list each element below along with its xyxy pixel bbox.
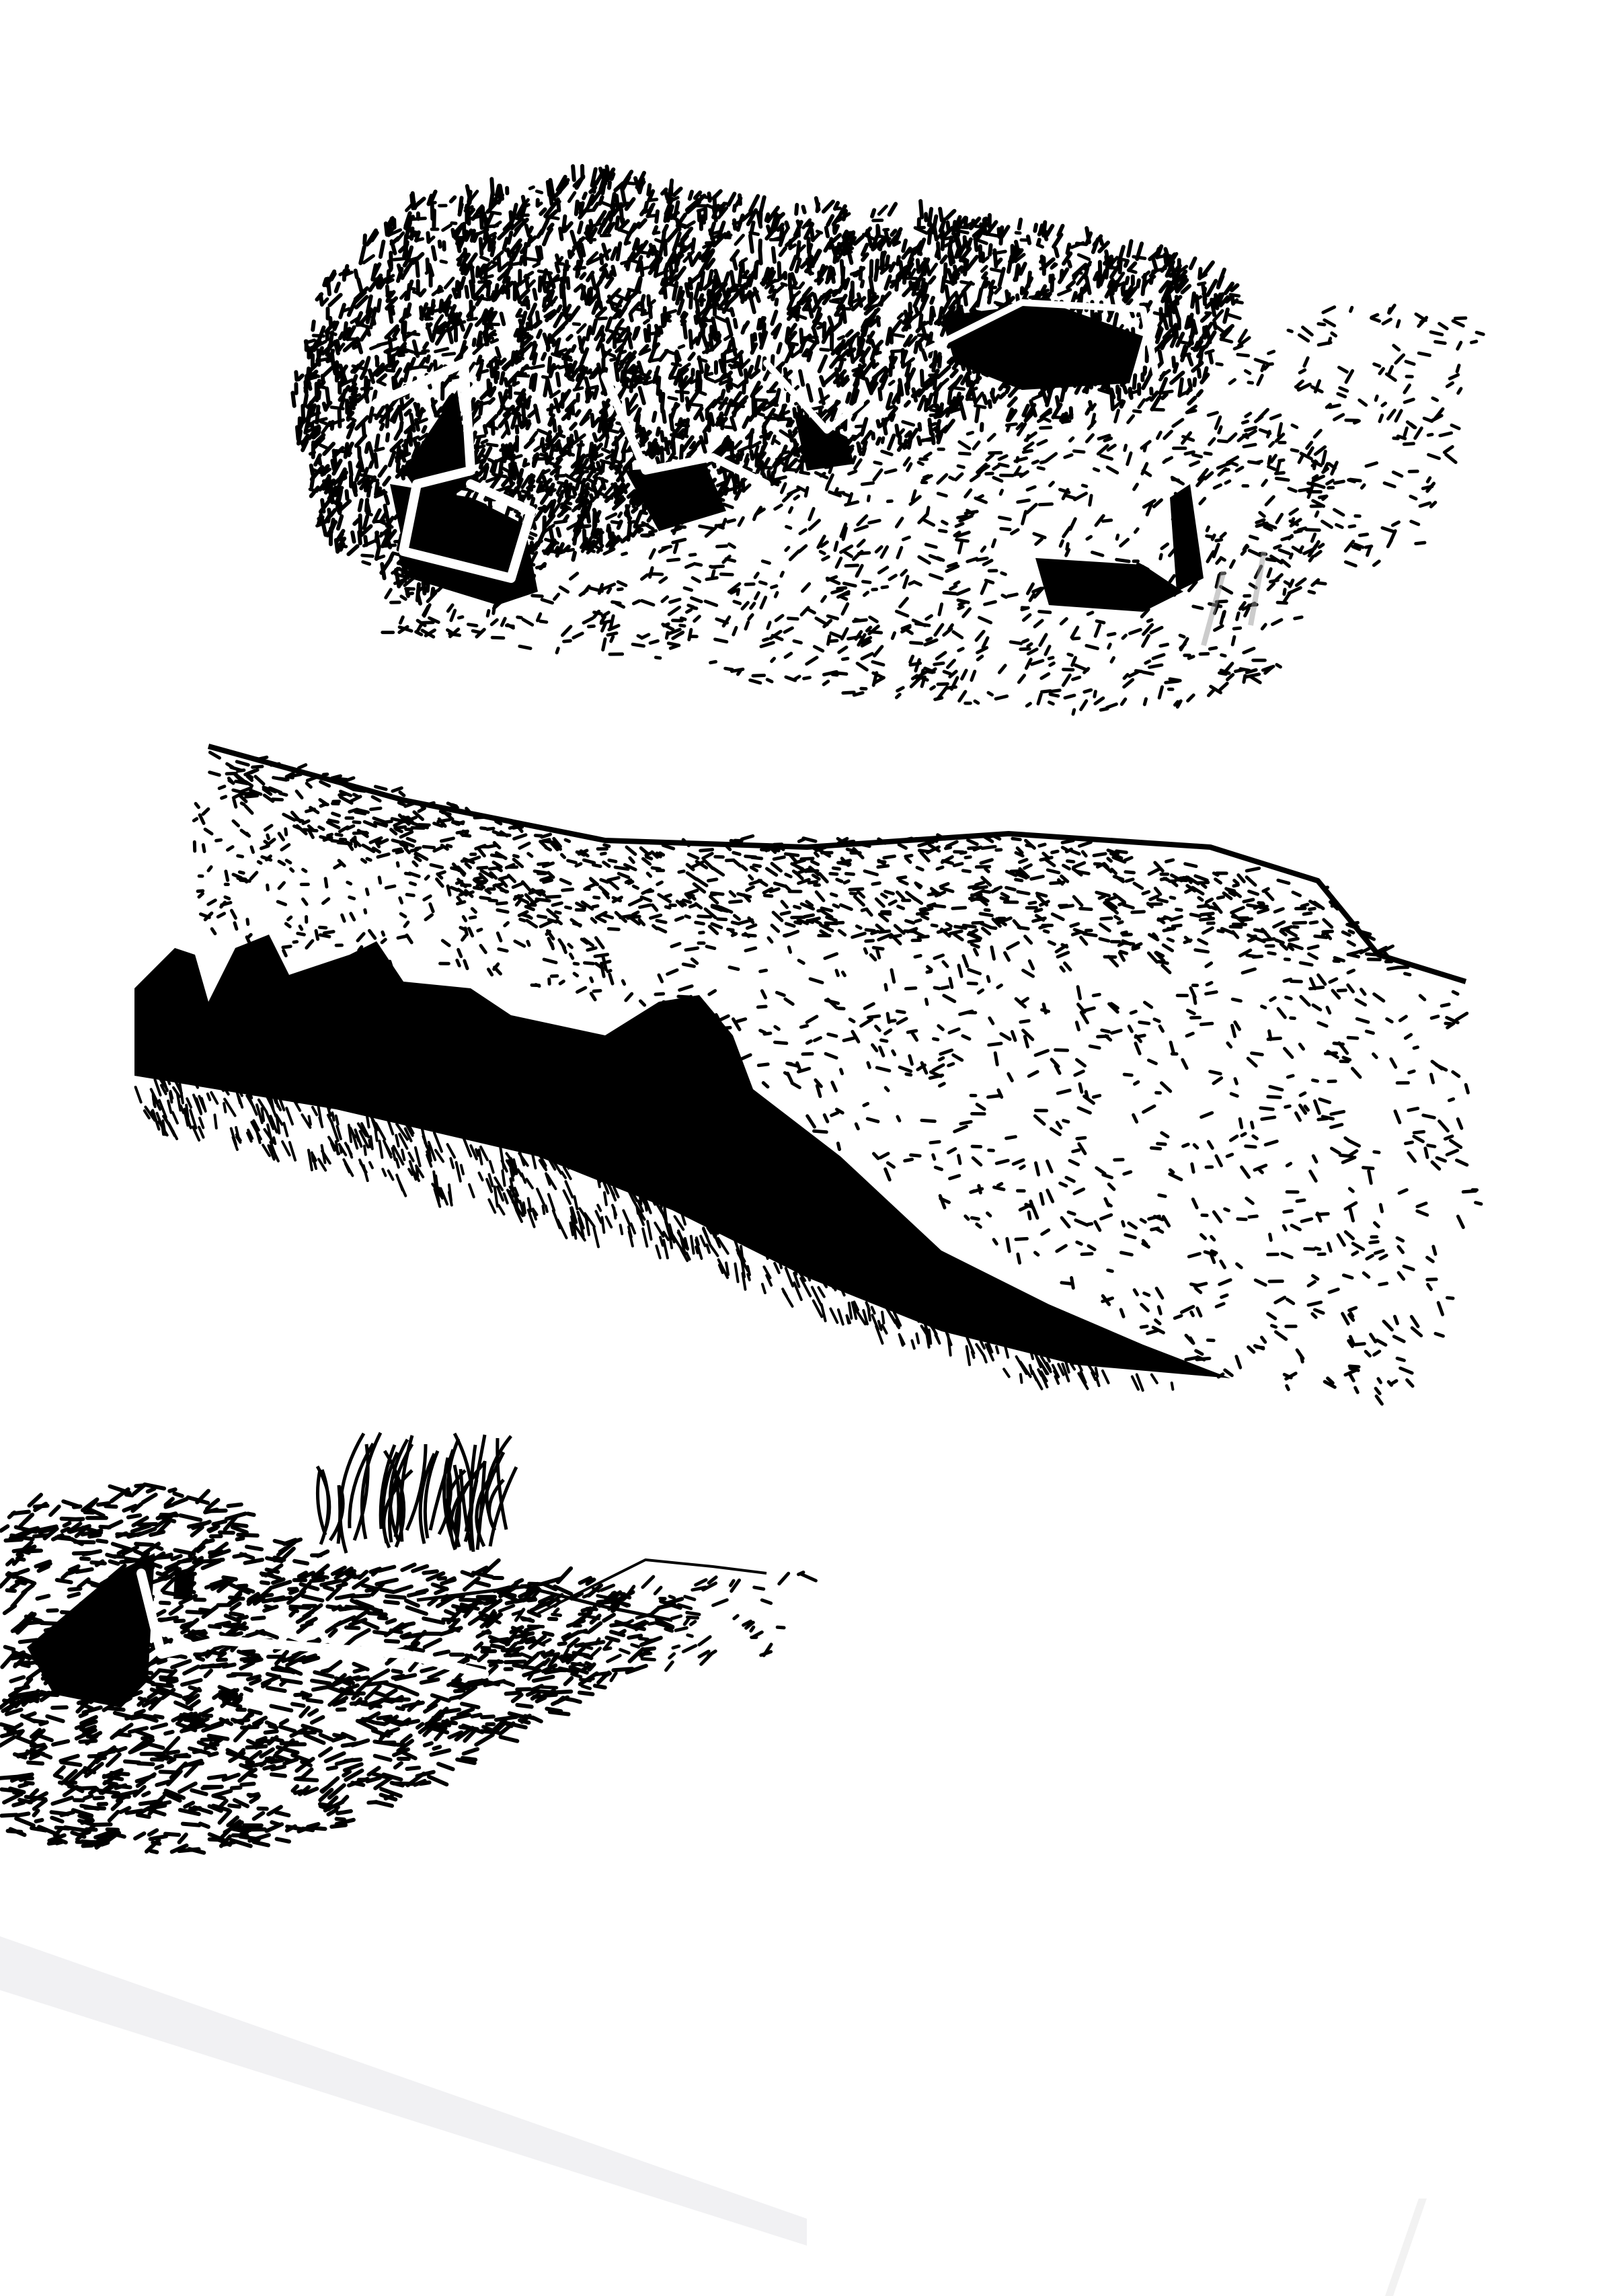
- hut-doorway: [173, 1573, 195, 1600]
- paper-photo: [0, 0, 1613, 2296]
